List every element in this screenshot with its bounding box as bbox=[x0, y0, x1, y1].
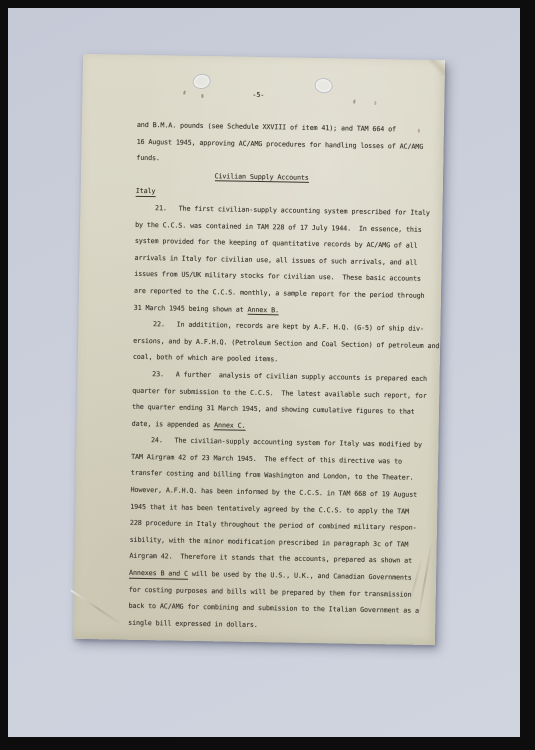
text-segment: 23. A further analysis of civilian suppl… bbox=[132, 370, 427, 383]
text-segment: issues from US/UK military stocks for ci… bbox=[134, 270, 421, 283]
text-segment: transfer costing and billing from Washin… bbox=[131, 469, 414, 482]
underlined-text: Civilian Supply Accounts bbox=[214, 172, 308, 183]
text-segment: back to AC/AMG for combining and submiss… bbox=[128, 602, 419, 615]
text-segment: 16 August 1945, approving AC/AMG procedu… bbox=[137, 137, 424, 150]
text-segment: by the C.C.S. was contained in TAM 228 o… bbox=[135, 220, 422, 233]
text-segment: single bill expressed in dollars. bbox=[128, 619, 258, 629]
text-segment: system provided for the keeping of quant… bbox=[135, 237, 418, 250]
text-segment: 31 March 1945 being shown at bbox=[134, 303, 248, 313]
text-segment: 1945 that it has been tentatively agreed… bbox=[130, 502, 409, 515]
underlined-text: Annex C. bbox=[214, 421, 246, 431]
text-segment: 21. The first civilian-supply accounting… bbox=[135, 204, 430, 217]
punch-hole-ghost bbox=[314, 77, 334, 95]
paper-crease bbox=[70, 589, 124, 626]
text-segment: for costing purposes and bills will be p… bbox=[129, 585, 412, 598]
underlined-text: Italy bbox=[136, 187, 156, 197]
ink-speck bbox=[201, 94, 203, 98]
text-segment: and B.M.A. pounds (see Schedule XXVIII o… bbox=[137, 121, 396, 134]
text-segment: coal, both of which are pooled items. bbox=[133, 353, 278, 364]
text-segment: 24. The civilian-supply accounting syste… bbox=[131, 436, 422, 449]
text-segment: arrivals in Italy for civilian use, all … bbox=[135, 254, 418, 267]
page-number: -5- bbox=[252, 91, 264, 99]
folded-corner bbox=[429, 60, 445, 76]
typewritten-text-block: and B.M.A. pounds (see Schedule XXVIII o… bbox=[128, 117, 449, 637]
text-segment bbox=[136, 171, 215, 180]
text-segment: are reported to the C.C.S. monthly, a sa… bbox=[134, 287, 425, 300]
text-segment: date, is appended as bbox=[132, 419, 215, 428]
text-segment: However, A.F.H.Q. has been informed by t… bbox=[130, 486, 417, 499]
underlined-text: Annexes B and C bbox=[129, 569, 188, 580]
ink-speck bbox=[353, 99, 356, 103]
text-segment: TAM Airgram 42 of 23 March 1945. The eff… bbox=[131, 453, 402, 466]
scanned-page: -5- and B.M.A. pounds (see Schedule XXVI… bbox=[73, 54, 445, 645]
text-segment: Airgram 42. Therefore it stands that the… bbox=[129, 552, 412, 565]
underlined-text: Annex B. bbox=[247, 305, 279, 315]
ink-speck bbox=[183, 90, 186, 94]
text-segment: quarter for submission to the C.C.S. The… bbox=[132, 386, 427, 399]
text-segment: ersions, and by A.F.H.Q. (Petroleum Sect… bbox=[133, 337, 439, 350]
ink-speck bbox=[374, 101, 376, 105]
text-segment: will be used by the U.S., U.K., and Cana… bbox=[188, 570, 412, 582]
text-segment: 22. In additition, records are kept by A… bbox=[133, 320, 424, 333]
text-segment: sibility, with the minor modification pr… bbox=[130, 536, 409, 549]
punch-hole-ghost bbox=[191, 72, 212, 90]
text-segment: the quarter ending 31 March 1945, and sh… bbox=[132, 403, 415, 416]
text-segment: 228 procedure in Italy throughout the pe… bbox=[130, 519, 417, 532]
text-segment: funds. bbox=[136, 154, 160, 162]
